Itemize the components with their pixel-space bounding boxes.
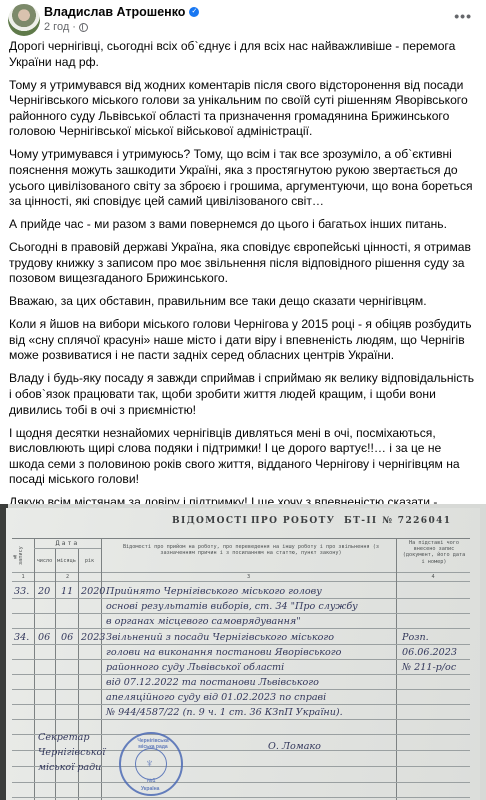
entry-34-line: районного суду Львівської області bbox=[106, 662, 284, 673]
col-month-header: місяць bbox=[55, 558, 78, 564]
entry-33-month: 11 bbox=[61, 586, 73, 597]
rule bbox=[12, 719, 470, 720]
entry-33-day: 20 bbox=[38, 586, 50, 597]
col-basis-header: На підставі чого внесено запис (документ… bbox=[402, 540, 466, 565]
rule bbox=[12, 689, 470, 690]
rule bbox=[12, 628, 470, 629]
col-number-header: № запису bbox=[12, 544, 34, 568]
avatar[interactable] bbox=[8, 4, 40, 36]
rule bbox=[12, 674, 470, 675]
post-text: Дорогі чернігівці, сьогодні всіх об`єдну… bbox=[9, 39, 479, 573]
official-stamp: ♆ Чернігівська міська рада №1 Україна bbox=[119, 732, 183, 796]
post-photo-employment-record[interactable]: ВІДОМОСТІ ПРО РОБОТУ БТ-ІІ № 7226041 № з… bbox=[0, 504, 486, 800]
entry-34-year: 2023 bbox=[81, 632, 105, 643]
post-paragraph: Коли я йшов на вибори міського голови Че… bbox=[9, 317, 479, 364]
entry-34-line: голови на виконання постанови Яворівсько… bbox=[106, 647, 341, 658]
post-header: Владислав Атрошенко ✓ 2 год · ••• bbox=[0, 0, 486, 40]
rule bbox=[12, 598, 470, 599]
entry-34-line: від 07.12.2022 та постанови Львівського bbox=[106, 677, 319, 688]
entry-33-number: 33. bbox=[14, 586, 29, 597]
doc-series: БТ-ІІ № 7226041 bbox=[344, 516, 451, 526]
entry-34-line: Звільнений з посади Чернігівського міськ… bbox=[106, 632, 334, 643]
entry-33-year: 2020 bbox=[81, 586, 105, 597]
entry-33-line: Прийнято Чернігівського міського голову bbox=[106, 586, 322, 597]
col-year-header: рік bbox=[78, 558, 101, 564]
entry-34-basis: № 211-р/ос bbox=[402, 662, 456, 673]
rule bbox=[12, 659, 470, 660]
stamp-country: Україна bbox=[141, 786, 159, 792]
doc-title-left: ВІДОМОСТІ bbox=[172, 516, 248, 526]
rule bbox=[12, 613, 470, 614]
post-paragraph: І щодня десятки незнайомих чернігівців д… bbox=[9, 426, 479, 488]
col-num-2: 2 bbox=[34, 574, 101, 580]
record-page: ВІДОМОСТІ ПРО РОБОТУ БТ-ІІ № 7226041 № з… bbox=[6, 508, 480, 800]
col-num-3: 3 bbox=[101, 574, 396, 580]
entry-34-number: 34. bbox=[14, 632, 29, 643]
entry-33-line: основі результатів виборів, ст. 34 "Про … bbox=[106, 601, 358, 612]
post-paragraph: Дорогі чернігівці, сьогодні всіх об`єдну… bbox=[9, 39, 479, 70]
verified-badge-icon: ✓ bbox=[189, 7, 199, 17]
author-name[interactable]: Владислав Атрошенко bbox=[44, 5, 185, 19]
col-info-header: Відомості про прийом на роботу, про пере… bbox=[116, 544, 386, 556]
rule bbox=[12, 644, 470, 645]
entry-34-line: № 944/4587/22 (п. 9 ч. 1 ст. 36 КЗпП Укр… bbox=[106, 707, 343, 718]
trident-emblem-icon: ♆ bbox=[145, 756, 154, 770]
stamp-number: №1 bbox=[147, 778, 155, 784]
doc-title-right: ПРО РОБОТУ bbox=[251, 516, 335, 526]
post-paragraph: А прийде час - ми разом з вами повернемс… bbox=[9, 217, 479, 233]
entry-34-day: 06 bbox=[38, 632, 50, 643]
entry-34-month: 06 bbox=[61, 632, 73, 643]
post-paragraph: Вважаю, за цих обставин, правильним все … bbox=[9, 294, 479, 310]
entry-34-basis: Розп. bbox=[402, 632, 429, 643]
entry-33-line: в органах місцевого самоврядування" bbox=[106, 616, 301, 627]
entry-34-basis: 06.06.2023 bbox=[402, 647, 457, 658]
post-paragraph: Чому утримувався і утримуюсь? Тому, що в… bbox=[9, 147, 479, 209]
rule bbox=[12, 797, 470, 798]
globe-icon[interactable] bbox=[79, 23, 88, 32]
entry-34-line: апеляційного суду від 01.02.2023 по спра… bbox=[106, 692, 326, 703]
post-timestamp[interactable]: 2 год bbox=[44, 21, 69, 33]
col-date-header: Дата bbox=[34, 540, 101, 546]
more-options-button[interactable]: ••• bbox=[454, 8, 472, 24]
post-paragraph: Владу і будь-яку посаду я завжди сприйма… bbox=[9, 371, 479, 418]
post-paragraph: Тому я утримувався від жодних коментарів… bbox=[9, 78, 479, 140]
post-paragraph: Сьогодні в правовій державі Україна, яка… bbox=[9, 240, 479, 287]
meta-separator: · bbox=[72, 21, 76, 33]
post-meta: 2 год · bbox=[44, 21, 88, 33]
author-name-link[interactable]: Владислав Атрошенко ✓ bbox=[44, 5, 199, 19]
rule bbox=[12, 782, 470, 783]
rule bbox=[12, 572, 470, 573]
rule bbox=[12, 704, 470, 705]
col-num-4: 4 bbox=[396, 574, 470, 580]
signature-name: О. Ломако bbox=[268, 741, 321, 752]
col-num-1: 1 bbox=[12, 574, 34, 580]
rule bbox=[12, 538, 470, 539]
rule bbox=[12, 581, 470, 582]
col-day-header: число bbox=[34, 558, 55, 564]
stamp-text-outer: Чернігівська міська рада bbox=[131, 738, 175, 750]
rule bbox=[34, 548, 101, 549]
